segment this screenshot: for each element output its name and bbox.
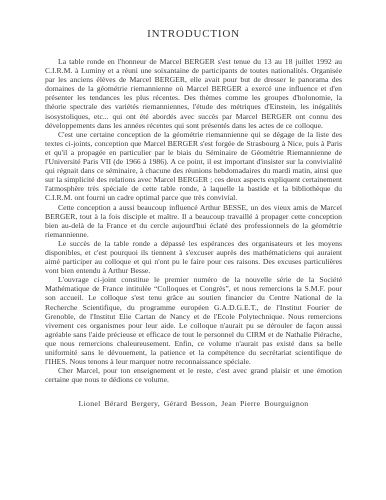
paragraph: La table ronde en l'honneur de Marcel BE…: [45, 57, 342, 130]
page-title: INTRODUCTION: [45, 28, 342, 40]
document-page: INTRODUCTION La table ronde en l'honneur…: [0, 0, 386, 500]
paragraph: Le succès de la table ronde a dépassé le…: [45, 239, 342, 275]
paragraph: Cette conception a aussi beaucoup influe…: [45, 203, 342, 239]
signature-line: Lionel Bérard Bergery, Gérard Besson, Je…: [45, 399, 342, 408]
text-block: INTRODUCTION La table ronde en l'honneur…: [45, 28, 342, 408]
paragraph: L'ouvrage ci-joint constitue le premier …: [45, 275, 342, 366]
paragraph: Cher Marcel, pour ton enseignement et le…: [45, 366, 342, 384]
body-text: La table ronde en l'honneur de Marcel BE…: [45, 57, 342, 384]
paragraph: C'est une certaine conception de la géom…: [45, 130, 342, 203]
